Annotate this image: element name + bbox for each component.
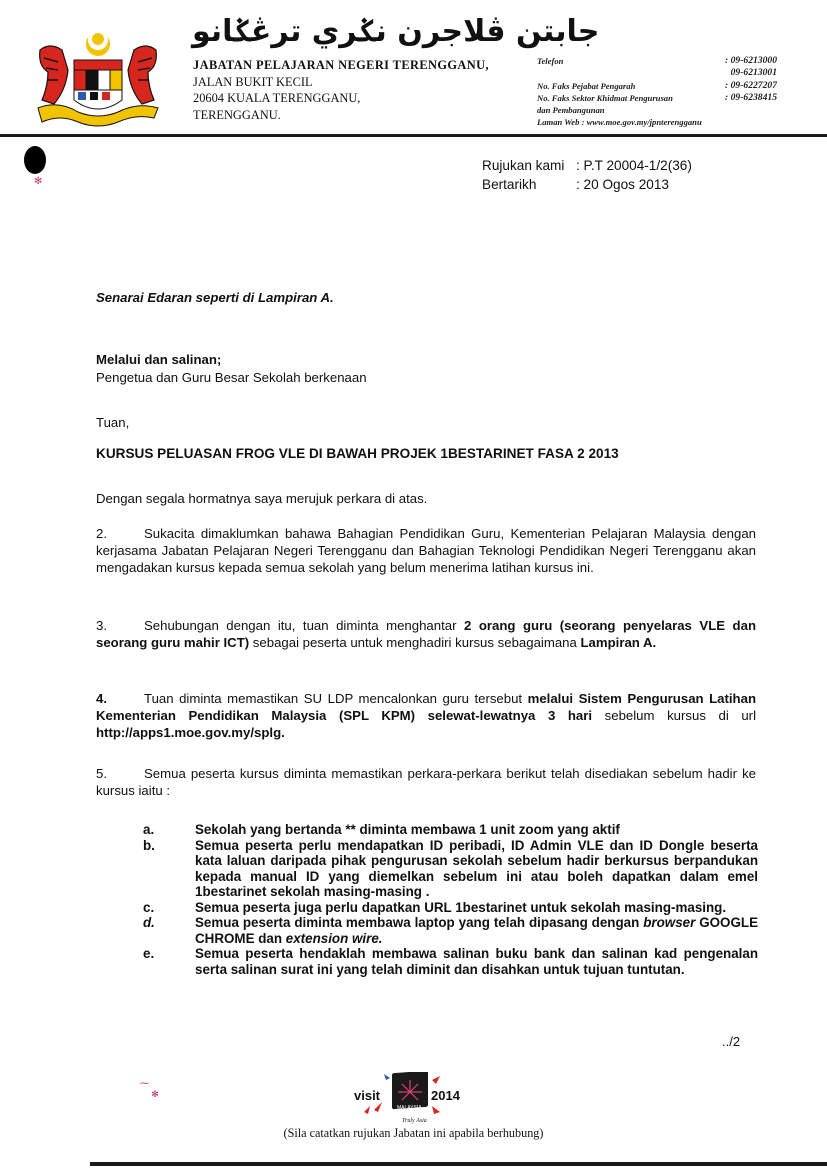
- list-item: e.Semua peserta hendaklah membawa salina…: [143, 946, 758, 977]
- contact-row-website: Laman Web : www.moe.gov.my/jpnterengganu: [537, 116, 777, 128]
- contact-row-fax-sector: No. Faks Sektor Khidmat Pengurusan: 09-6…: [537, 92, 777, 104]
- list-item: d.Semua peserta diminta membawa laptop y…: [143, 915, 758, 946]
- svg-text:MALAYSIA: MALAYSIA: [397, 1105, 422, 1111]
- department-address-block: JABATAN PELAJARAN NEGERI TERENGGANU, JAL…: [193, 57, 489, 123]
- contact-info-block: Telefon: 09-6213000 09-6213001 No. Faks …: [537, 55, 777, 129]
- via-label: Melalui dan salinan;: [96, 352, 756, 369]
- list-item: b.Semua peserta perlu mendapatkan ID per…: [143, 838, 758, 900]
- spl-kpm-link[interactable]: http://apps1.moe.gov.my/splg.: [96, 725, 285, 740]
- address-line: 20604 KUALA TERENGGANU,: [193, 90, 489, 107]
- malaysia-coat-of-arms-logo: [28, 28, 168, 128]
- letter-subject: KURSUS PELUASAN FROG VLE DI BAWAH PROJEK…: [96, 446, 756, 463]
- requirements-list: a.Sekolah yang bertanda ** diminta memba…: [143, 822, 758, 977]
- stamp-smudge-icon: ✻: [34, 176, 54, 188]
- stamp-smudge-icon: ⁓ ✻: [140, 1078, 190, 1118]
- footer-note: (Sila catatkan rujukan Jabatan ini apabi…: [0, 1126, 827, 1141]
- paragraph-5: 5.Semua peserta kursus diminta memastika…: [96, 765, 756, 799]
- footer-divider: [90, 1162, 827, 1166]
- svg-text:Truly Asia: Truly Asia: [402, 1118, 427, 1124]
- list-item: a.Sekolah yang bertanda ** diminta memba…: [143, 822, 758, 838]
- paragraph-3: 3.Sehubungan dengan itu, tuan diminta me…: [96, 617, 756, 651]
- contact-row-telefon: Telefon: 09-6213000: [537, 55, 777, 67]
- paragraph-4: 4.Tuan diminta memastikan SU LDP mencalo…: [96, 690, 756, 741]
- recipients-line: Senarai Edaran seperti di Lampiran A.: [96, 290, 756, 307]
- address-line: JALAN BUKIT KECIL: [193, 74, 489, 91]
- contact-row-telefon-2: 09-6213001: [537, 67, 777, 79]
- visit-malaysia-2014-logo: visit 2014 MALAYSIA Truly Asia: [352, 1072, 467, 1127]
- list-item: c.Semua peserta juga perlu dapatkan URL …: [143, 900, 758, 916]
- department-name: JABATAN PELAJARAN NEGERI TERENGGANU,: [193, 57, 489, 74]
- date-row: Bertarikh: 20 Ogos 2013: [482, 175, 692, 194]
- punch-hole-mark: [24, 146, 46, 174]
- reference-row: Rujukan kami: P.T 20004-1/2(36): [482, 156, 692, 175]
- svg-text:visit: visit: [354, 1088, 381, 1103]
- opening-line: Dengan segala hormatnya saya merujuk per…: [96, 491, 756, 508]
- paragraph-2: 2.Sukacita dimaklumkan bahawa Bahagian P…: [96, 525, 756, 576]
- jawi-department-title: جابتن ڤلاجرن نݢري ترڠݢانو: [192, 14, 599, 49]
- salutation: Tuan,: [96, 415, 756, 432]
- letterhead-divider: [0, 134, 827, 137]
- address-line: TERENGGANU.: [193, 107, 489, 124]
- contact-row-fax-sector-cont: dan Pembangunan: [537, 104, 777, 116]
- via-recipients: Pengetua dan Guru Besar Sekolah berkenaa…: [96, 370, 756, 387]
- page-continuation: ../2: [722, 1034, 740, 1049]
- reference-block: Rujukan kami: P.T 20004-1/2(36) Bertarik…: [482, 156, 692, 194]
- reference-number: : P.T 20004-1/2(36): [576, 158, 692, 173]
- svg-text:2014: 2014: [431, 1088, 461, 1103]
- letter-date: : 20 Ogos 2013: [576, 177, 669, 192]
- contact-row-fax-director: No. Faks Pejabat Pengarah: 09-6227207: [537, 80, 777, 92]
